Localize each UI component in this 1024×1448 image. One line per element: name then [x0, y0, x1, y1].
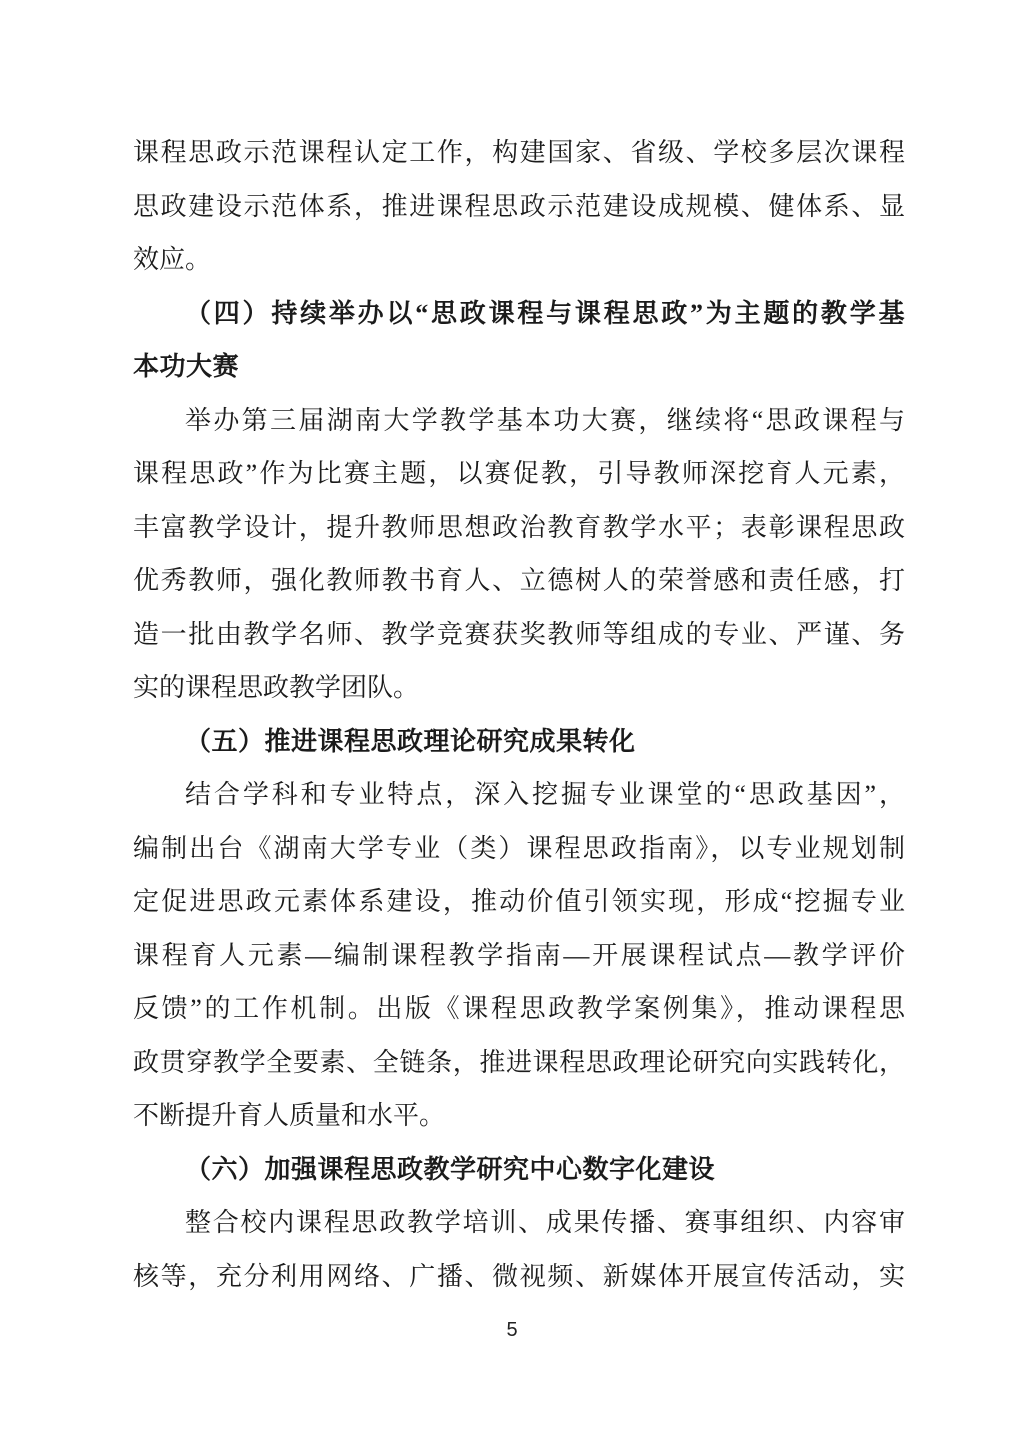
text-line: 定促进思政元素体系建设，推动价值引领实现，形成“挖掘专业	[133, 875, 905, 929]
text-line: 编制出台《湖南大学专业（类）课程思政指南》，以专业规划制	[133, 822, 905, 876]
text-line: 结合学科和专业特点，深入挖掘专业课堂的“思政基因”，	[133, 768, 905, 822]
document-body-text: 课程思政示范课程认定工作，构建国家、省级、学校多层次课程 思政建设示范体系，推进…	[133, 126, 905, 1303]
document-page: 课程思政示范课程认定工作，构建国家、省级、学校多层次课程 思政建设示范体系，推进…	[0, 0, 1024, 1448]
page-number: 5	[0, 1316, 1024, 1344]
text-line: 政贯穿教学全要素、全链条，推进课程思政理论研究向实践转化，	[133, 1036, 905, 1090]
text-line: 造一批由教学名师、教学竞赛获奖教师等组成的专业、严谨、务	[133, 608, 905, 662]
text-line: 丰富教学设计，提升教师思想政治教育教学水平；表彰课程思政	[133, 501, 905, 555]
text-line: 实的课程思政教学团队。	[133, 661, 905, 715]
section-heading-4-continued: 本功大赛	[133, 340, 905, 394]
text-line: 举办第三届湖南大学教学基本功大赛，继续将“思政课程与	[133, 394, 905, 448]
text-line: 课程思政”作为比赛主题，以赛促教，引导教师深挖育人元素，	[133, 447, 905, 501]
text-line: 整合校内课程思政教学培训、成果传播、赛事组织、内容审	[133, 1196, 905, 1250]
text-line: 课程思政示范课程认定工作，构建国家、省级、学校多层次课程	[133, 126, 905, 180]
text-line: 不断提升育人质量和水平。	[133, 1089, 905, 1143]
text-line: 效应。	[133, 233, 905, 287]
text-line: 反馈”的工作机制。出版《课程思政教学案例集》，推动课程思	[133, 982, 905, 1036]
text-line: 优秀教师，强化教师教书育人、立德树人的荣誉感和责任感，打	[133, 554, 905, 608]
text-line: 思政建设示范体系，推进课程思政示范建设成规模、健体系、显	[133, 180, 905, 234]
section-heading-4: （四）持续举办以“思政课程与课程思政”为主题的教学基	[133, 287, 905, 341]
section-heading-6: （六）加强课程思政教学研究中心数字化建设	[133, 1143, 905, 1197]
text-line: 核等，充分利用网络、广播、微视频、新媒体开展宣传活动，实	[133, 1250, 905, 1304]
text-line: 课程育人元素—编制课程教学指南—开展课程试点—教学评价	[133, 929, 905, 983]
section-heading-5: （五）推进课程思政理论研究成果转化	[133, 715, 905, 769]
